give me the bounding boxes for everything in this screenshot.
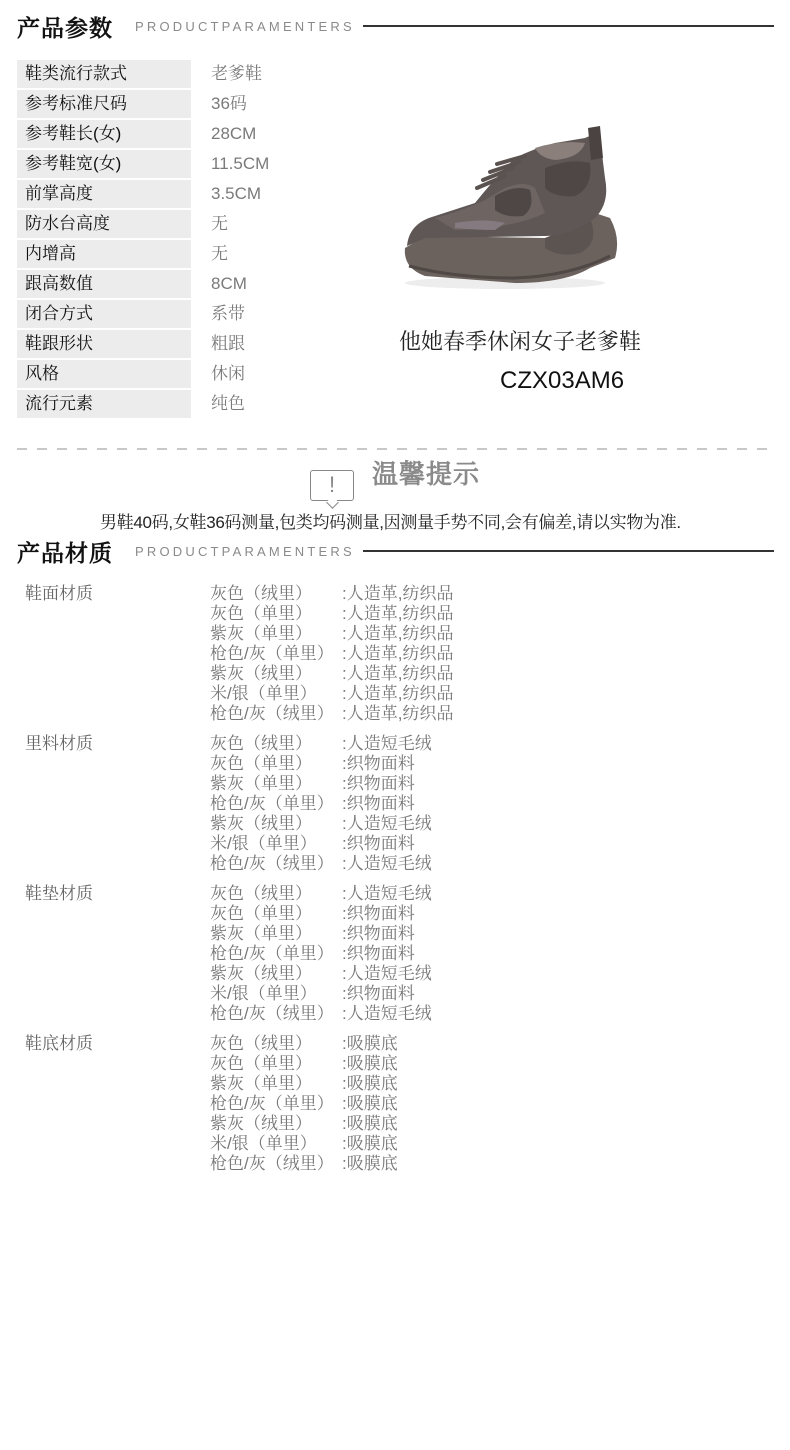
material-line: 枪色/灰（单里）:织物面料 — [210, 944, 432, 964]
material-value: :织物面料 — [342, 754, 415, 774]
material-variant: 枪色/灰（绒里） — [210, 1004, 342, 1024]
material-line: 米/银（单里）:吸膜底 — [210, 1134, 398, 1154]
material-group: 鞋垫材质 灰色（绒里）:人造短毛绒 灰色（单里）:织物面料 紫灰（单里）:织物面… — [25, 884, 625, 1024]
param-row: 参考鞋长(女)28CM — [17, 119, 377, 149]
material-line: 紫灰（单里）:织物面料 — [210, 924, 432, 944]
material-line: 米/银（单里）:织物面料 — [210, 834, 432, 854]
product-image — [395, 118, 635, 298]
param-label: 风格 — [17, 360, 191, 388]
param-value: 无 — [191, 210, 228, 238]
param-value: 老爹鞋 — [191, 60, 262, 88]
product-code: CZX03AM6 — [500, 367, 624, 395]
param-label: 防水台高度 — [17, 210, 191, 238]
material-variant: 紫灰（绒里） — [210, 1114, 342, 1134]
material-line: 枪色/灰（单里）:吸膜底 — [210, 1094, 398, 1114]
material-variant: 紫灰（绒里） — [210, 964, 342, 984]
material-value: :织物面料 — [342, 794, 415, 814]
notice-title: 温馨提示 — [372, 454, 480, 491]
material-group: 鞋面材质 灰色（绒里）:人造革,纺织品 灰色（单里）:人造革,纺织品 紫灰（单里… — [25, 584, 625, 724]
material-variant: 枪色/灰（单里） — [210, 794, 342, 814]
material-line: 灰色（绒里）:人造短毛绒 — [210, 734, 432, 754]
shoe-image — [395, 118, 635, 298]
material-value: :人造革,纺织品 — [342, 624, 453, 644]
param-label: 前掌高度 — [17, 180, 191, 208]
material-variant: 米/银（单里） — [210, 1134, 342, 1154]
material-variant: 灰色（绒里） — [210, 734, 342, 754]
param-row: 鞋跟形状粗跟 — [17, 329, 377, 359]
material-line: 紫灰（绒里）:人造短毛绒 — [210, 964, 432, 984]
material-variant: 灰色（单里） — [210, 1054, 342, 1074]
param-value: 休闲 — [191, 360, 245, 388]
material-variant: 灰色（单里） — [210, 754, 342, 774]
material-line: 枪色/灰（绒里）:人造短毛绒 — [210, 1004, 432, 1024]
param-label: 内增高 — [17, 240, 191, 268]
material-group: 里料材质 灰色（绒里）:人造短毛绒 灰色（单里）:织物面料 紫灰（单里）:织物面… — [25, 734, 625, 874]
param-label: 鞋类流行款式 — [17, 60, 191, 88]
material-value: :人造短毛绒 — [342, 854, 432, 874]
material-variant: 紫灰（单里） — [210, 774, 342, 794]
material-line: 紫灰（单里）:人造革,纺织品 — [210, 624, 453, 644]
material-label: 鞋垫材质 — [25, 884, 210, 1024]
product-name: 他她春季休闲女子老爹鞋 — [399, 325, 641, 356]
material-line: 枪色/灰（绒里）:吸膜底 — [210, 1154, 398, 1174]
material-value: :吸膜底 — [342, 1094, 398, 1114]
material-value: :人造短毛绒 — [342, 734, 432, 754]
material-variant: 枪色/灰（单里） — [210, 944, 342, 964]
material-value: :人造革,纺织品 — [342, 644, 453, 664]
param-value: 粗跟 — [191, 330, 245, 358]
material-value: :织物面料 — [342, 924, 415, 944]
param-row: 前掌高度3.5CM — [17, 179, 377, 209]
material-value: :人造革,纺织品 — [342, 604, 453, 624]
material-group: 鞋底材质 灰色（绒里）:吸膜底 灰色（单里）:吸膜底 紫灰（单里）:吸膜底 枪色… — [25, 1034, 625, 1174]
material-variant: 枪色/灰（绒里） — [210, 704, 342, 724]
material-line: 灰色（绒里）:人造革,纺织品 — [210, 584, 453, 604]
param-row: 参考鞋宽(女)11.5CM — [17, 149, 377, 179]
material-value: :织物面料 — [342, 834, 415, 854]
material-value: :吸膜底 — [342, 1154, 398, 1174]
param-label: 参考标准尺码 — [17, 90, 191, 118]
material-variant: 紫灰（绒里） — [210, 664, 342, 684]
param-value: 36码 — [191, 90, 247, 118]
material-line: 枪色/灰（绒里）:人造短毛绒 — [210, 854, 432, 874]
material-line: 枪色/灰（单里）:织物面料 — [210, 794, 432, 814]
material-line: 枪色/灰（绒里）:人造革,纺织品 — [210, 704, 453, 724]
notice-text: 男鞋40码,女鞋36码测量,包类均码测量,因测量手势不同,会有偏差,请以实物为准… — [100, 508, 681, 533]
material-line: 灰色（单里）:织物面料 — [210, 754, 432, 774]
material-variant: 枪色/灰（绒里） — [210, 854, 342, 874]
section-title: 产品材质 — [17, 535, 113, 568]
dashed-divider — [17, 448, 774, 450]
material-value: :人造短毛绒 — [342, 814, 432, 834]
param-row: 闭合方式系带 — [17, 299, 377, 329]
material-value: :织物面料 — [342, 774, 415, 794]
material-variant: 灰色（单里） — [210, 904, 342, 924]
material-variant: 灰色（绒里） — [210, 1034, 342, 1054]
material-variant: 枪色/灰（绒里） — [210, 1154, 342, 1174]
materials-list: 鞋面材质 灰色（绒里）:人造革,纺织品 灰色（单里）:人造革,纺织品 紫灰（单里… — [25, 584, 625, 1184]
param-row: 内增高无 — [17, 239, 377, 269]
material-value: :人造革,纺织品 — [342, 684, 453, 704]
material-line: 灰色（单里）:吸膜底 — [210, 1054, 398, 1074]
param-value: 纯色 — [191, 390, 245, 418]
material-value: :织物面料 — [342, 984, 415, 1004]
material-value: :人造革,纺织品 — [342, 704, 453, 724]
material-variant: 米/银（单里） — [210, 984, 342, 1004]
param-label: 跟高数值 — [17, 270, 191, 298]
material-value: :人造短毛绒 — [342, 1004, 432, 1024]
material-value: :织物面料 — [342, 904, 415, 924]
material-line: 紫灰（绒里）:人造革,纺织品 — [210, 664, 453, 684]
param-row: 参考标准尺码36码 — [17, 89, 377, 119]
material-value: :人造革,纺织品 — [342, 664, 453, 684]
material-value: :吸膜底 — [342, 1134, 398, 1154]
material-variant: 枪色/灰（单里） — [210, 644, 342, 664]
material-variant: 紫灰（单里） — [210, 924, 342, 944]
material-value: :人造革,纺织品 — [342, 584, 453, 604]
material-variant: 紫灰（绒里） — [210, 814, 342, 834]
param-label: 参考鞋长(女) — [17, 120, 191, 148]
material-line: 紫灰（绒里）:吸膜底 — [210, 1114, 398, 1134]
material-variant: 灰色（绒里） — [210, 884, 342, 904]
material-label: 鞋底材质 — [25, 1034, 210, 1174]
material-value: :人造短毛绒 — [342, 884, 432, 904]
param-row: 风格休闲 — [17, 359, 377, 389]
divider-line — [363, 550, 774, 552]
material-variant: 紫灰（单里） — [210, 624, 342, 644]
material-line: 紫灰（单里）:织物面料 — [210, 774, 432, 794]
param-value: 系带 — [191, 300, 245, 328]
section-title: 产品参数 — [17, 10, 113, 43]
param-label: 闭合方式 — [17, 300, 191, 328]
section-subtitle: PRODUCTPARAMENTERS — [135, 544, 355, 559]
param-row: 跟高数值8CM — [17, 269, 377, 299]
material-value: :人造短毛绒 — [342, 964, 432, 984]
material-line: 灰色（绒里）:人造短毛绒 — [210, 884, 432, 904]
param-label: 流行元素 — [17, 390, 191, 418]
material-variant: 米/银（单里） — [210, 684, 342, 704]
param-value: 3.5CM — [191, 180, 261, 208]
material-line: 灰色（单里）:人造革,纺织品 — [210, 604, 453, 624]
param-value: 28CM — [191, 120, 256, 148]
material-line: 紫灰（单里）:吸膜底 — [210, 1074, 398, 1094]
param-value: 11.5CM — [191, 150, 269, 178]
material-line: 灰色（单里）:织物面料 — [210, 904, 432, 924]
material-line: 枪色/灰（单里）:人造革,纺织品 — [210, 644, 453, 664]
exclamation-icon: ! — [310, 470, 354, 501]
section-subtitle: PRODUCTPARAMENTERS — [135, 19, 355, 34]
param-label: 鞋跟形状 — [17, 330, 191, 358]
material-label: 鞋面材质 — [25, 584, 210, 724]
param-value: 8CM — [191, 270, 247, 298]
material-variant: 枪色/灰（单里） — [210, 1094, 342, 1114]
material-variant: 紫灰（单里） — [210, 1074, 342, 1094]
material-variant: 灰色（单里） — [210, 604, 342, 624]
param-row: 鞋类流行款式老爹鞋 — [17, 59, 377, 89]
param-value: 无 — [191, 240, 228, 268]
material-line: 灰色（绒里）:吸膜底 — [210, 1034, 398, 1054]
params-table: 鞋类流行款式老爹鞋 参考标准尺码36码 参考鞋长(女)28CM 参考鞋宽(女)1… — [17, 59, 377, 419]
material-line: 紫灰（绒里）:人造短毛绒 — [210, 814, 432, 834]
material-variant: 米/银（单里） — [210, 834, 342, 854]
param-label: 参考鞋宽(女) — [17, 150, 191, 178]
section-header-materials: 产品材质 PRODUCTPARAMENTERS — [17, 536, 774, 566]
material-value: :吸膜底 — [342, 1034, 398, 1054]
material-variant: 灰色（绒里） — [210, 584, 342, 604]
param-row: 流行元素纯色 — [17, 389, 377, 419]
material-value: :吸膜底 — [342, 1054, 398, 1074]
material-label: 里料材质 — [25, 734, 210, 874]
material-line: 米/银（单里）:织物面料 — [210, 984, 432, 1004]
material-value: :织物面料 — [342, 944, 415, 964]
param-row: 防水台高度无 — [17, 209, 377, 239]
divider-line — [363, 25, 774, 27]
material-value: :吸膜底 — [342, 1074, 398, 1094]
exclamation-mark: ! — [311, 471, 353, 499]
material-line: 米/银（单里）:人造革,纺织品 — [210, 684, 453, 704]
section-header-params: 产品参数 PRODUCTPARAMENTERS — [17, 11, 774, 41]
material-value: :吸膜底 — [342, 1114, 398, 1134]
